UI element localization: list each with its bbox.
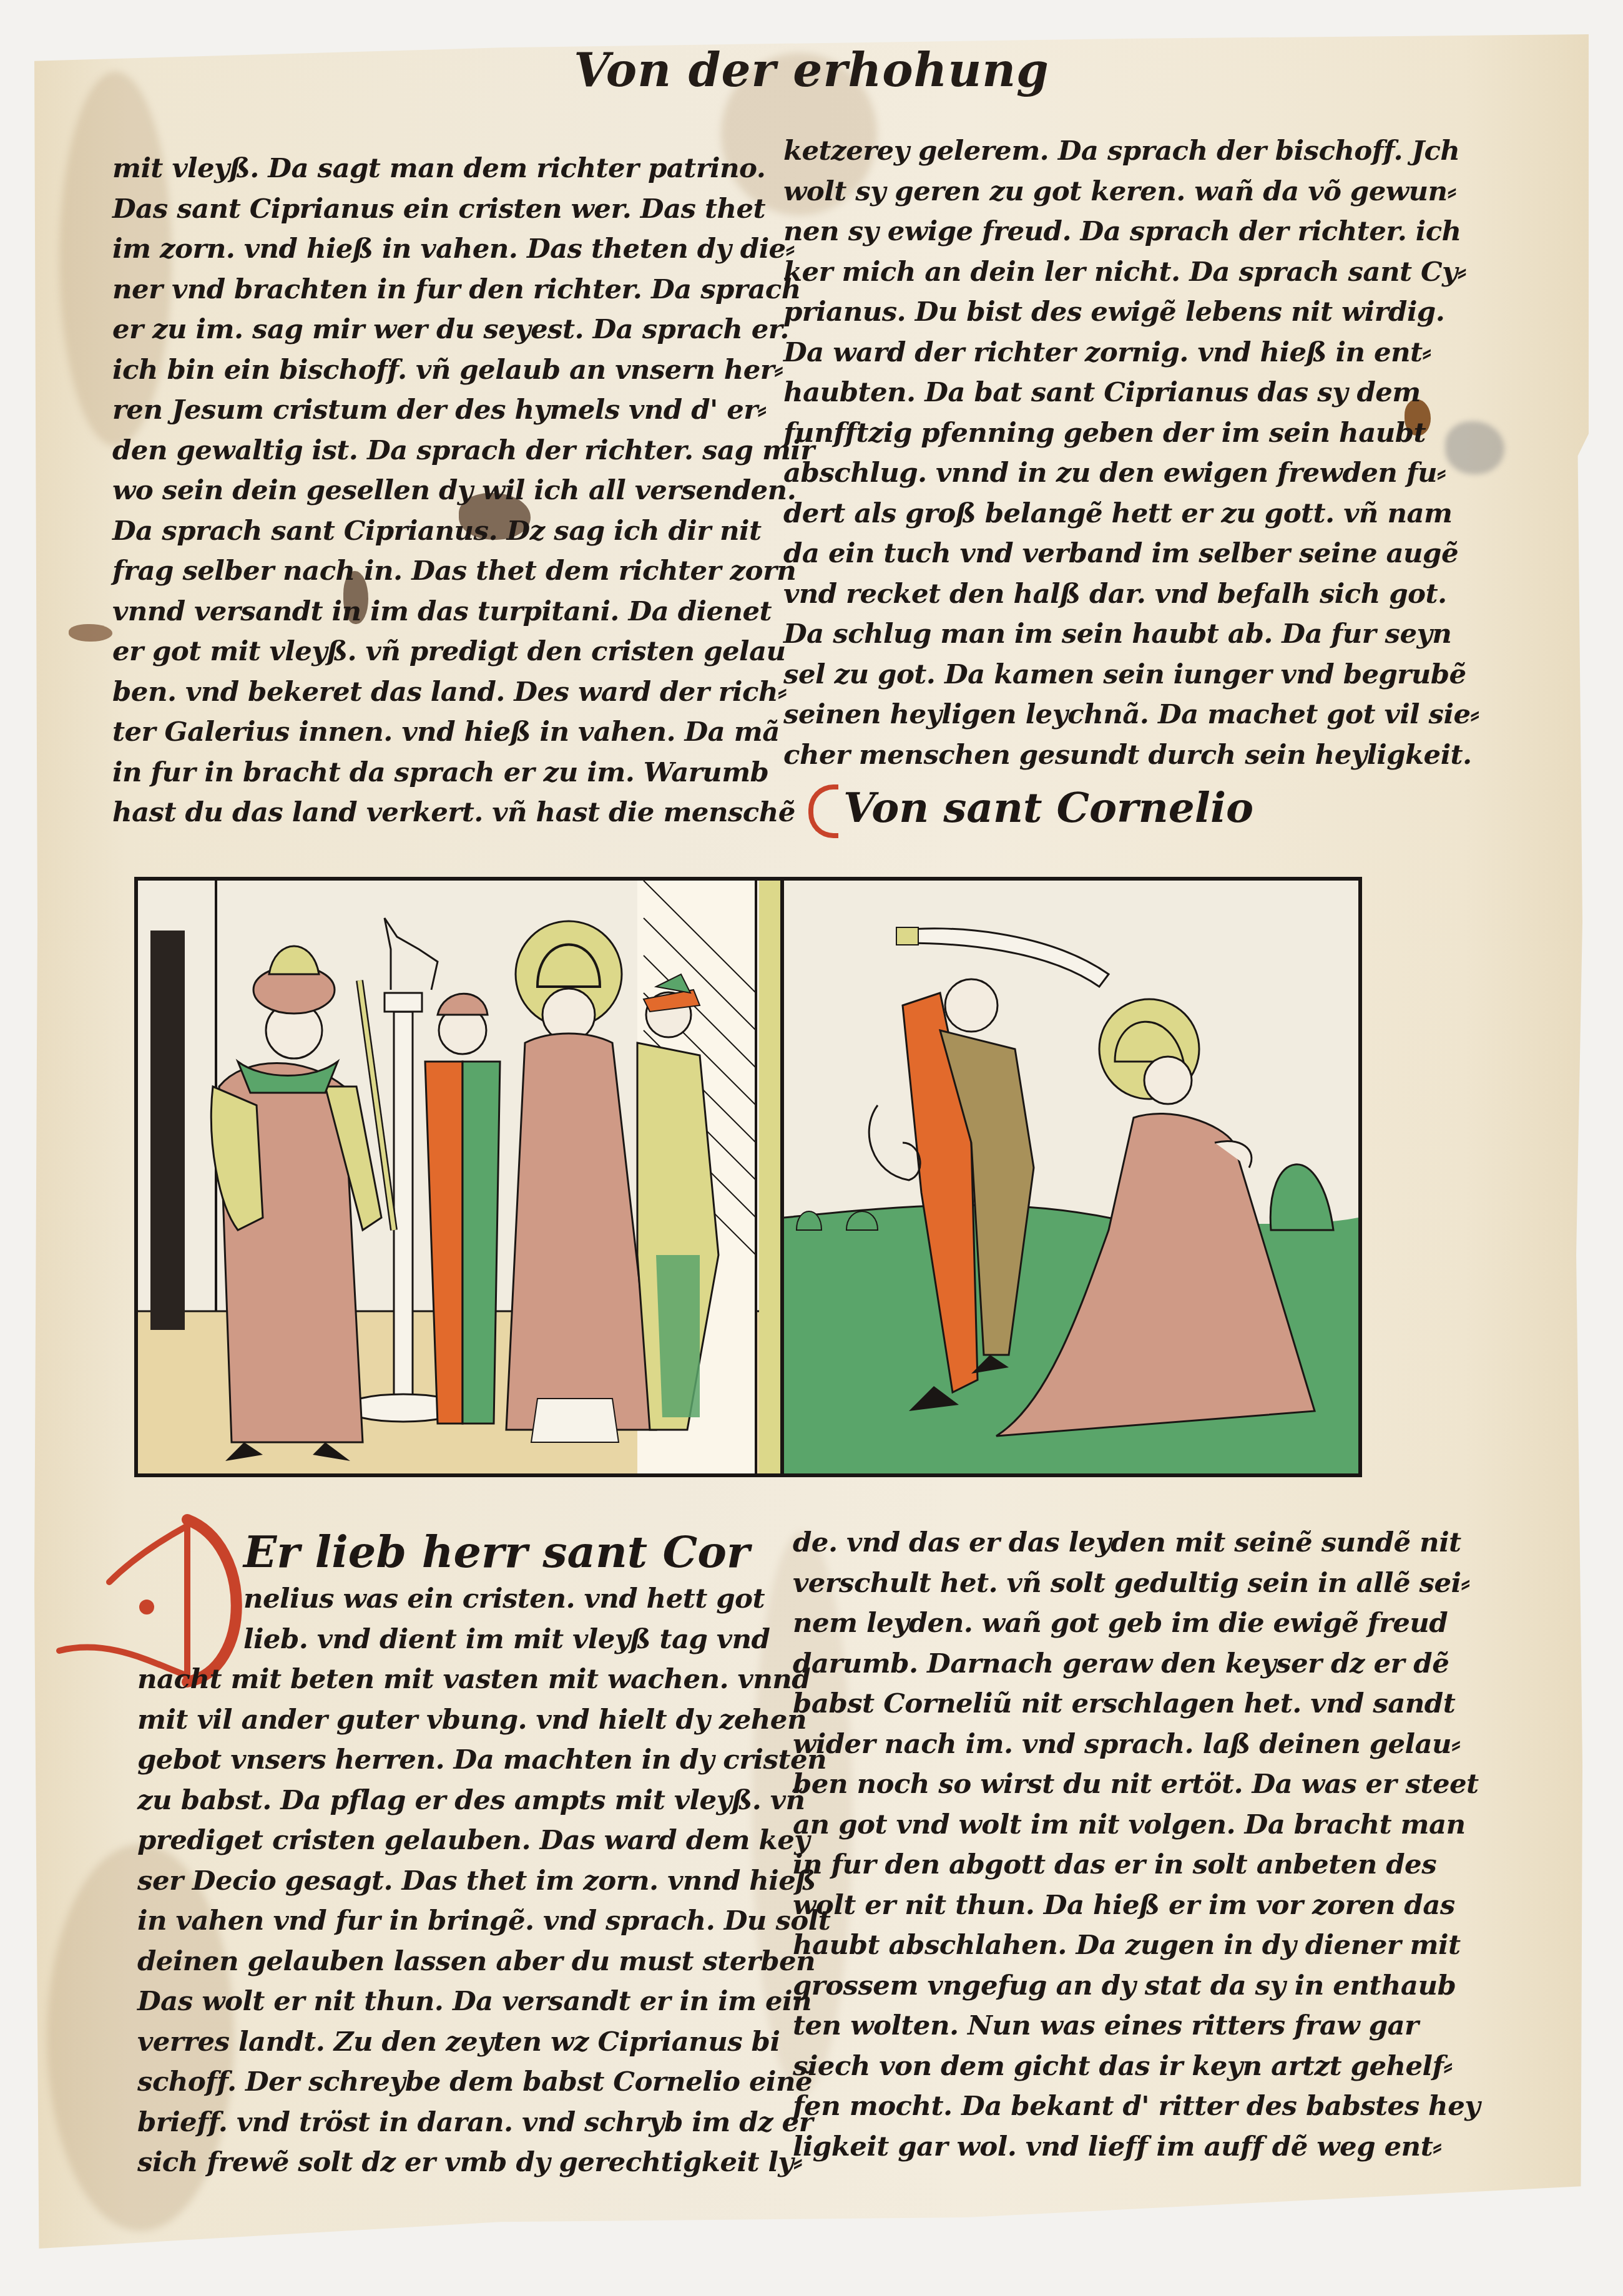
- text-line: wider nach im. vnd sprach. laß deinen ge…: [793, 1724, 1480, 1765]
- lower-right-column: de. vnd das er das leyden mit seinẽ sund…: [793, 1523, 1480, 2167]
- text-line: zu babst. Da pflag er des ampts mit vley…: [137, 1781, 830, 1821]
- text-line: gebot vnsers herren. Da machten in dy cr…: [137, 1740, 830, 1781]
- text-line: seinen heyligen leychnã. Da machet got v…: [783, 695, 1479, 735]
- section-heading-text: Von sant Cornelio: [843, 783, 1253, 832]
- text-line: nem leyden. wañ got geb im die ewigẽ fre…: [793, 1603, 1480, 1644]
- text-line: prianus. Du bist des ewigẽ lebens nit wi…: [783, 292, 1479, 333]
- text-line: grossem vngefug an dy stat da sy in enth…: [793, 1966, 1480, 2006]
- text-line: an got vnd wolt im nit volgen. Da bracht…: [793, 1805, 1480, 1845]
- text-line: schoff. Der schreybe dem babst Cornelio …: [137, 2062, 830, 2103]
- text-line: da ein tuch vnd verband im selber seine …: [783, 534, 1479, 574]
- section-heading: Von sant Cornelio: [808, 783, 1253, 838]
- text-line: funfftzig pfenning geben der im sein hau…: [783, 413, 1479, 454]
- text-line: vnnd versandt in im das turpitani. Da di…: [112, 592, 815, 632]
- text-line: in fur den abgott das er in solt anbeten…: [793, 1845, 1480, 1885]
- text-line: er zu im. sag mir wer du seyest. Da spra…: [112, 310, 815, 350]
- text-line: mit vleyß. Da sagt man dem richter patri…: [112, 149, 815, 189]
- text-line: den gewaltig ist. Da sprach der richter.…: [112, 431, 815, 471]
- text-line: vnd recket den halß dar. vnd befalh sich…: [783, 574, 1479, 615]
- text-line: wolt sy geren zu got keren. wañ da võ ge…: [783, 172, 1479, 212]
- text-line: im zorn. vnd hieß in vahen. Das theten d…: [112, 229, 815, 270]
- text-line: nen sy ewige freud. Da sprach der richte…: [783, 212, 1479, 252]
- text-line: hast du das land verkert. vñ hast die me…: [112, 793, 815, 833]
- text-line: sich frewẽ solt dz er vmb dy gerechtigke…: [137, 2142, 830, 2183]
- text-line: de. vnd das er das leyden mit seinẽ sund…: [793, 1523, 1480, 1563]
- woodcut-illustration-right: [784, 881, 1358, 1473]
- rubric-paragraph-mark-icon: [808, 784, 838, 838]
- ink-stain: [69, 624, 112, 642]
- text-line: nelius was ein cristen. vnd hett got: [243, 1579, 830, 1619]
- text-line: ben. vnd bekeret das land. Des ward der …: [112, 672, 815, 713]
- text-line: ser Decio gesagt. Das thet im zorn. vnnd…: [137, 1861, 830, 1902]
- running-title: Von der erhohung: [0, 44, 1623, 97]
- text-line: verschult het. vñ solt gedultig sein in …: [793, 1563, 1480, 1604]
- text-line: Da schlug man im sein haubt ab. Da fur s…: [783, 614, 1479, 655]
- text-line: siech von dem gicht das ir keyn artzt ge…: [793, 2046, 1480, 2087]
- text-line: in fur in bracht da sprach er zu im. War…: [112, 753, 815, 793]
- text-line: ben noch so wirst du nit ertöt. Da was e…: [793, 1764, 1480, 1805]
- text-line: er got mit vleyß. vñ predigt den cristen…: [112, 632, 815, 672]
- text-line: prediget cristen gelauben. Das ward dem …: [137, 1820, 830, 1861]
- text-line: sel zu got. Da kamen sein iunger vnd beg…: [783, 655, 1479, 695]
- upper-left-column: mit vleyß. Da sagt man dem richter patri…: [112, 149, 815, 833]
- text-line: ner vnd brachten in fur den richter. Da …: [112, 270, 815, 310]
- text-line: verres landt. Zu den zeyten wz Ciprianus…: [137, 2022, 830, 2063]
- initial-first-line: Er lieb herr sant Cor: [243, 1526, 750, 1578]
- text-line: haubten. Da bat sant Ciprianus das sy de…: [783, 373, 1479, 413]
- text-line: Das wolt er nit thun. Da versandt er in …: [137, 1981, 830, 2022]
- text-line: Da ward der richter zornig. vnd hieß in …: [783, 333, 1479, 373]
- text-line: haubt abschlahen. Da zugen in dy diener …: [793, 1925, 1480, 1966]
- text-line: wolt er nit thun. Da hieß er im vor zore…: [793, 1885, 1480, 1926]
- text-line: ligkeit gar wol. vnd lieff im auff dẽ we…: [793, 2127, 1480, 2167]
- text-line: darumb. Darnach geraw den keyser dz er d…: [793, 1644, 1480, 1684]
- text-line: in vahen vnd fur in bringẽ. vnd sprach. …: [137, 1901, 830, 1942]
- text-line: ter Galerius innen. vnd hieß in vahen. D…: [112, 712, 815, 753]
- text-line: lieb. vnd dient im mit vleyß tag vnd: [243, 1619, 830, 1660]
- text-line: Da sprach sant Ciprianus. Dz sag ich dir…: [112, 511, 815, 552]
- text-line: dert als groß belangẽ hett er zu gott. v…: [783, 494, 1479, 534]
- text-line: abschlug. vnnd in zu den ewigen frewden …: [783, 453, 1479, 494]
- text-line: ten wolten. Nun was eines ritters fraw g…: [793, 2006, 1480, 2046]
- woodcut-right-martyrdom: [780, 877, 1362, 1477]
- lower-left-column: nelius was ein cristen. vnd hett got lie…: [137, 1579, 830, 2183]
- upper-right-column: ketzerey gelerет. Da sprach der bischoff…: [783, 131, 1479, 775]
- text-line: babst Corneliũ nit erschlagen het. vnd s…: [793, 1684, 1480, 1724]
- text-line: ren Jesum cristum der des hymels vnd d' …: [112, 390, 815, 431]
- text-line: mit vil ander guter vbung. vnd hielt dy …: [137, 1700, 830, 1741]
- text-line: deinen gelauben lassen aber du must ster…: [137, 1942, 830, 1982]
- text-line: brieff. vnd tröst in daran. vnd schryb i…: [137, 2103, 830, 2143]
- text-line: Das sant Ciprianus ein cristen wer. Das …: [112, 189, 815, 230]
- text-line: cher menschen gesundt durch sein heyligk…: [783, 735, 1479, 776]
- text-line: frag selber nach in. Das thet dem richte…: [112, 551, 815, 592]
- text-line: fen mocht. Da bekant d' ritter des babst…: [793, 2086, 1480, 2127]
- text-line: ker mich an dein ler nicht. Da sprach sa…: [783, 252, 1479, 293]
- text-line: ketzerey gelerет. Da sprach der bischoff…: [783, 131, 1479, 172]
- text-line: ich bin ein bischoff. vñ gelaub an vnser…: [112, 350, 815, 391]
- text-line: wo sein dein gesellen dy wil ich all ver…: [112, 471, 815, 511]
- woodcut-illustration-left: [138, 881, 781, 1473]
- woodcut-left-judgement: [134, 877, 785, 1477]
- text-line: nacht mit beten mit vasten mit wachen. v…: [137, 1659, 830, 1700]
